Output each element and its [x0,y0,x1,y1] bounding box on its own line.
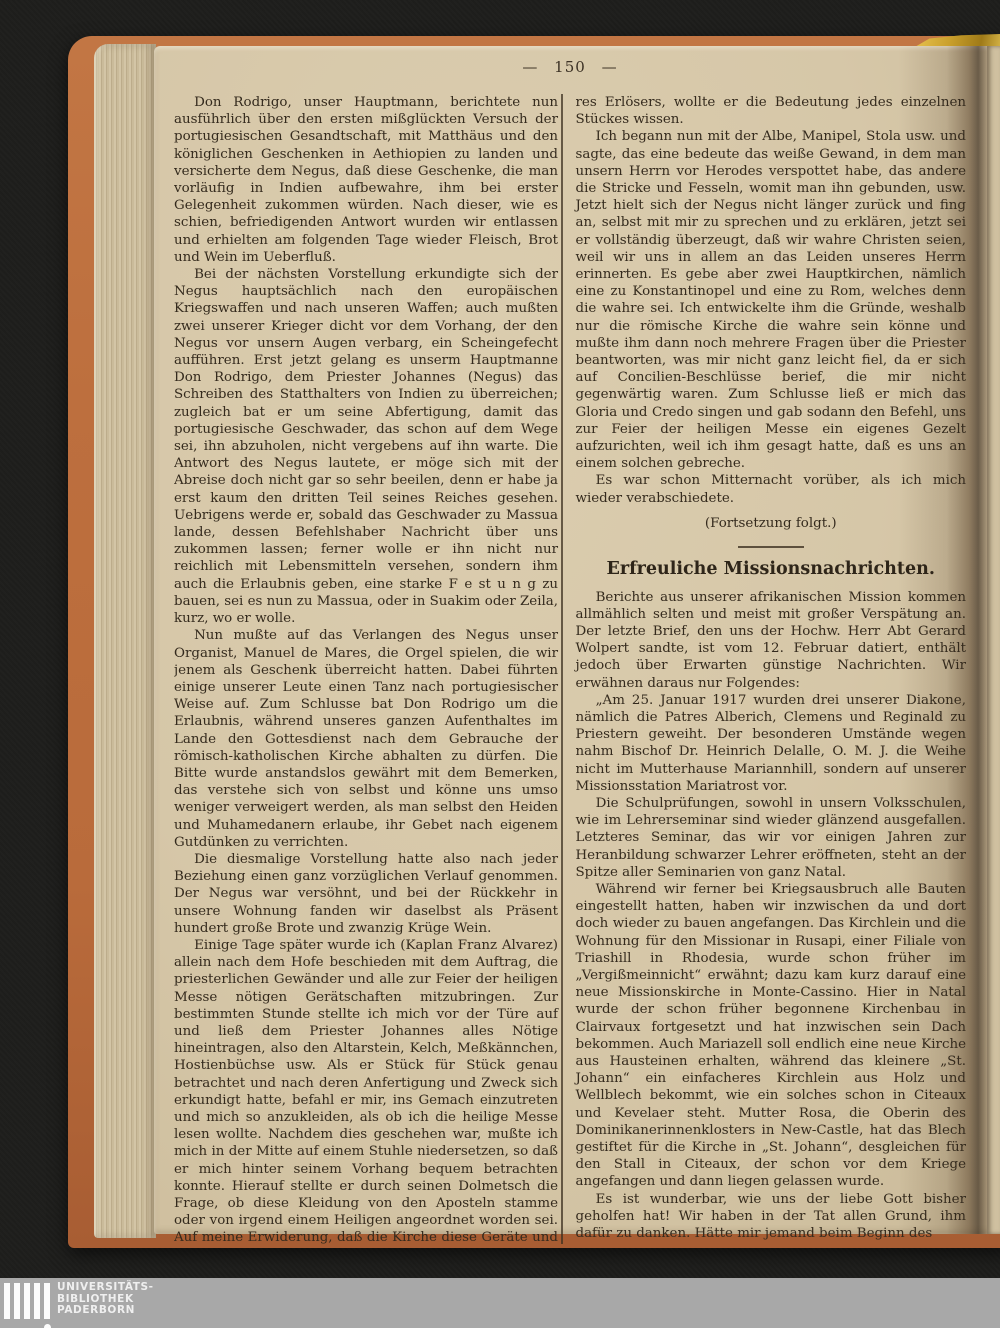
scanned-book-photo: — 150 — Don Rodrigo, unser Hauptmann, be… [0,0,1000,1328]
page-content: — 150 — Don Rodrigo, unser Hauptmann, be… [174,58,966,1244]
library-logo-icon [4,1283,54,1328]
paragraph: Die diesmalige Vorstellung hatte also na… [174,851,558,937]
page-number: — 150 — [174,58,966,76]
logo-bar [24,1283,30,1319]
logo-bar [4,1283,10,1319]
paragraph: Die Schulprüfungen, sowohl in unsern Vol… [576,795,967,881]
two-column-text: Don Rodrigo, unser Hauptmann, berichtete… [174,94,966,1244]
mission-news-text: Berichte aus unserer afrikanischen Missi… [576,589,967,1243]
library-name-line: UNIVERSITÄTS- [57,1282,154,1294]
logo-bar [44,1283,50,1319]
paragraph: Es war schon Mitternacht vorüber, als ic… [576,472,967,506]
text-column-left: Don Rodrigo, unser Hauptmann, berichtete… [174,94,558,1244]
text-column-right: res Erlösers, wollte er die Bedeutung je… [563,94,967,1244]
book-page: — 150 — Don Rodrigo, unser Hauptmann, be… [154,46,1000,1234]
section-separator [738,546,804,548]
library-name: UNIVERSITÄTS- BIBLIOTHEK PADERBORN [57,1282,154,1317]
footer-banner: UNIVERSITÄTS- BIBLIOTHEK PADERBORN [0,1278,1000,1328]
library-name-line: PADERBORN [57,1305,154,1317]
paragraph: Ich begann nun mit der Albe, Manipel, St… [576,128,967,472]
section-heading: Erfreuliche Missionsnachrichten. [576,558,967,580]
logo-bar [14,1283,20,1319]
paragraph: Es ist wunderbar, wie uns der liebe Gott… [576,1191,967,1243]
paragraph: Während wir ferner bei Kriegsausbruch al… [576,881,967,1191]
article-continuation-text: res Erlösers, wollte er die Bedeutung je… [576,94,967,507]
paragraph: Bei der nächsten Vorstellung erkundigte … [174,266,558,627]
paragraph: Don Rodrigo, unser Hauptmann, berichtete… [174,94,558,266]
paragraph: res Erlösers, wollte er die Bedeutung je… [576,94,967,128]
paragraph: „Am 25. Januar 1917 wurden drei unserer … [576,692,967,795]
logo-bar [34,1283,40,1319]
paragraph: Berichte aus unserer afrikanischen Missi… [576,589,967,692]
facing-page-edge [987,46,1000,1234]
paragraph: Nun mußte auf das Verlangen des Negus un… [174,627,558,851]
paragraph: Einige Tage später wurde ich (Kaplan Fra… [174,937,558,1244]
logo-dot [44,1324,51,1328]
continuation-note: (Fortsetzung folgt.) [576,515,967,532]
page-edge-stack [94,44,156,1238]
